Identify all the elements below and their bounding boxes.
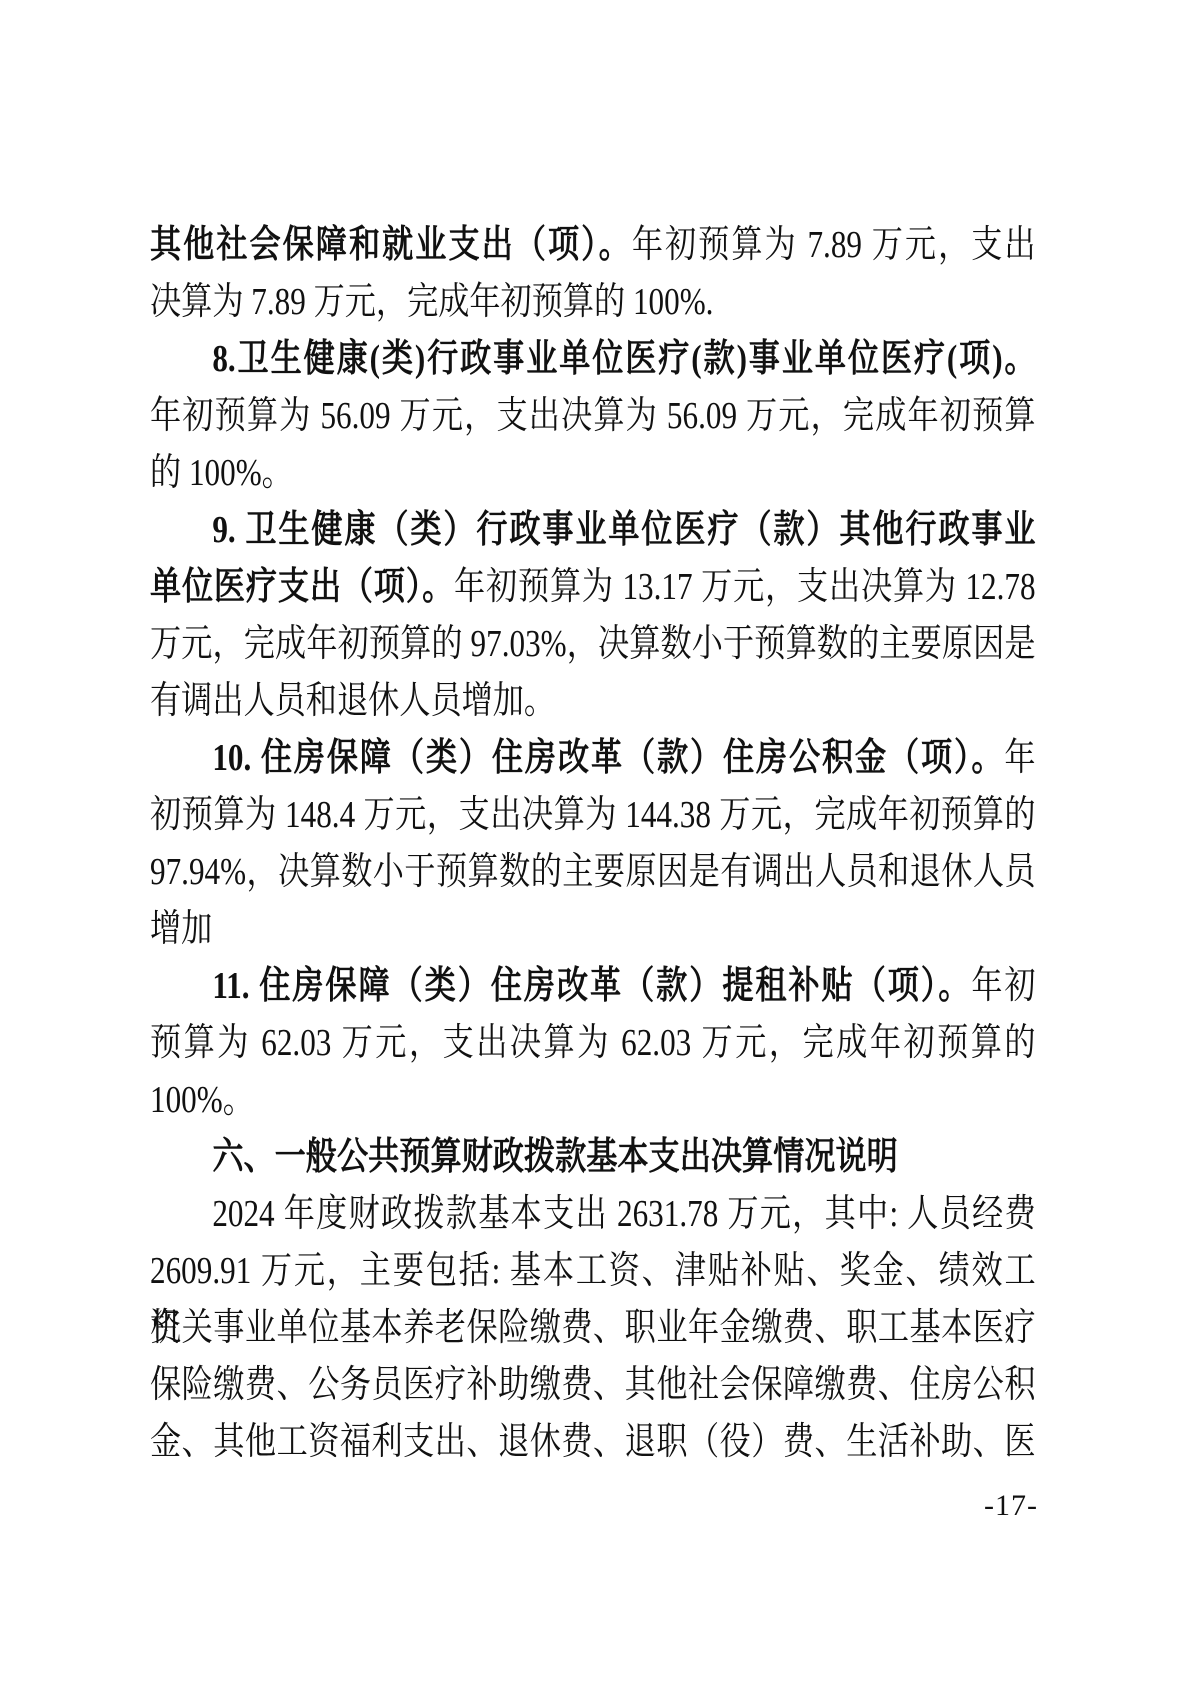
body-text-run: 初预算为 148.4 万元，支出决算为 144.38 万元，完成年初预算的 — [150, 794, 1036, 836]
text-line: 初预算为 148.4 万元，支出决算为 144.38 万元，完成年初预算的 — [150, 787, 1036, 844]
body-text-run: 决算为 7.89 万元，完成年初预算的 100%. — [150, 281, 713, 323]
section-heading-run: 六、一般公共预算财政拨款基本支出决算情况说明 — [212, 1136, 898, 1178]
body-text-run: 机关事业单位基本养老保险缴费、职业年金缴费、职工基本医疗 — [150, 1307, 1036, 1349]
item-heading-run: 8.卫生健康(类)行政事业单位医疗(款)事业单位医疗(项)。 — [212, 338, 1035, 380]
text-line: 100%。 — [150, 1072, 1036, 1129]
text-line: 增加 — [150, 901, 1036, 958]
item-heading-run: 单位医疗支出（项）。 — [150, 566, 454, 608]
body-text-run: 预算为 62.03 万元，支出决算为 62.03 万元，完成年初预算的 — [150, 1022, 1036, 1064]
body-text-run: 年初预算为 7.89 万元，支出 — [632, 224, 1036, 266]
text-line: 年初预算为 56.09 万元，支出决算为 56.09 万元，完成年初预算 — [150, 388, 1036, 445]
body-text-run: 金、其他工资福利支出、退休费、退职（役）费、生活补助、医 — [150, 1421, 1036, 1463]
body-text-run: 97.94%，决算数小于预算数的主要原因是有调出人员和退休人员 — [150, 851, 1036, 893]
body-text-run: 100%。 — [150, 1079, 254, 1121]
body-text-run: 年初预算为 56.09 万元，支出决算为 56.09 万元，完成年初预算 — [150, 395, 1036, 437]
text-line: 8.卫生健康(类)行政事业单位医疗(款)事业单位医疗(项)。 — [150, 331, 1036, 388]
text-line: 11. 住房保障（类）住房改革（款）提租补贴（项）。年初 — [150, 958, 1036, 1015]
text-block: 其他社会保障和就业支出（项）。年初预算为 7.89 万元，支出 决算为 7.89… — [150, 217, 1036, 1471]
body-text-run: 年初 — [971, 965, 1035, 1007]
item-heading-run: 其他社会保障和就业支出（项）。 — [150, 224, 632, 266]
text-line: 有调出人员和退休人员增加。 — [150, 673, 1036, 730]
text-line: 其他社会保障和就业支出（项）。年初预算为 7.89 万元，支出 — [150, 217, 1036, 274]
text-line: 2609.91 万元，主要包括: 基本工资、津贴补贴、奖金、绩效工资、 — [150, 1243, 1036, 1300]
body-text-run: 年初预算为 13.17 万元，支出决算为 12.78 — [454, 566, 1036, 608]
body-text-run: 保险缴费、公务员医疗补助缴费、其他社会保障缴费、住房公积 — [150, 1364, 1036, 1406]
document-page: 其他社会保障和就业支出（项）。年初预算为 7.89 万元，支出 决算为 7.89… — [0, 0, 1190, 1683]
section-six-heading: 六、一般公共预算财政拨款基本支出决算情况说明 — [150, 1129, 1036, 1186]
text-line: 97.94%，决算数小于预算数的主要原因是有调出人员和退休人员 — [150, 844, 1036, 901]
text-line: 9. 卫生健康（类）行政事业单位医疗（款）其他行政事业 — [150, 502, 1036, 559]
text-line: 预算为 62.03 万元，支出决算为 62.03 万元，完成年初预算的 — [150, 1015, 1036, 1072]
body-text-run: 万元，完成年初预算的 97.03%，决算数小于预算数的主要原因是 — [150, 623, 1036, 665]
body-text-run: 2024 年度财政拨款基本支出 2631.78 万元，其中: 人员经费 — [212, 1193, 1035, 1235]
text-line: 金、其他工资福利支出、退休费、退职（役）费、生活补助、医 — [150, 1414, 1036, 1471]
text-line: 单位医疗支出（项）。年初预算为 13.17 万元，支出决算为 12.78 — [150, 559, 1036, 616]
text-line: 机关事业单位基本养老保险缴费、职业年金缴费、职工基本医疗 — [150, 1300, 1036, 1357]
body-text-run: 年 — [1004, 737, 1035, 779]
item-heading-run: 10. 住房保障（类）住房改革（款）住房公积金（项）。 — [212, 737, 1004, 779]
item-heading-run: 11. 住房保障（类）住房改革（款）提租补贴（项）。 — [212, 965, 971, 1007]
text-line: 的 100%。 — [150, 445, 1036, 502]
text-line: 决算为 7.89 万元，完成年初预算的 100%. — [150, 274, 1036, 331]
item-heading-run: 9. 卫生健康（类）行政事业单位医疗（款）其他行政事业 — [212, 509, 1035, 551]
body-text-run: 的 100%。 — [150, 452, 293, 494]
body-text-run: 有调出人员和退休人员增加。 — [150, 680, 555, 722]
text-line: 万元，完成年初预算的 97.03%，决算数小于预算数的主要原因是 — [150, 616, 1036, 673]
text-line: 保险缴费、公务员医疗补助缴费、其他社会保障缴费、住房公积 — [150, 1357, 1036, 1414]
body-text-run: 增加 — [150, 908, 212, 950]
page-number: -17- — [984, 1489, 1038, 1523]
text-line: 2024 年度财政拨款基本支出 2631.78 万元，其中: 人员经费 — [150, 1186, 1036, 1243]
text-line: 10. 住房保障（类）住房改革（款）住房公积金（项）。年 — [150, 730, 1036, 787]
